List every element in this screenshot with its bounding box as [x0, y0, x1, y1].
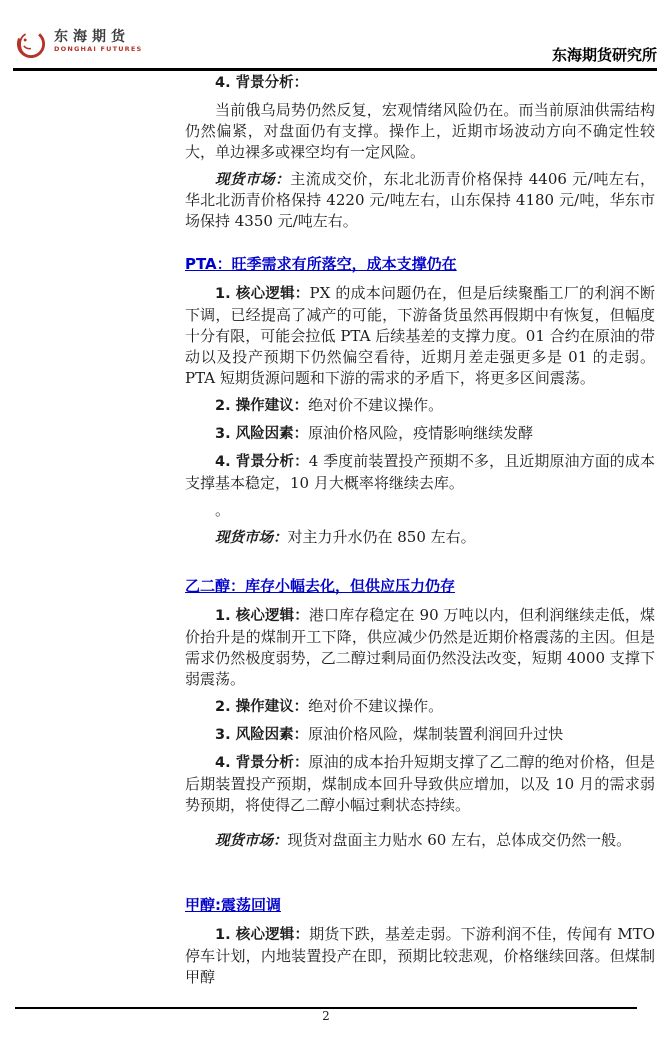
item-label: 4. 背景分析：	[215, 454, 309, 470]
intro-spot-market-paragraph: 现货市场：主流成交价，东北北沥青价格保持 4406 元/吨左右，华北北沥青价格保…	[185, 169, 655, 232]
pta-spot-market-paragraph: 现货市场：对主力升水仍在 850 左右。	[185, 527, 655, 548]
item-text: 绝对价不建议操作。	[308, 697, 443, 715]
item-text: 原油价格风险，疫情影响继续发酵	[308, 424, 533, 442]
intro-background-label: 4. 背景分析：	[185, 72, 655, 94]
pta-spot-market-label: 现货市场：	[215, 529, 288, 546]
item-label: 1. 核心逻辑：	[215, 286, 310, 302]
intro-spot-market-label: 现货市场：	[215, 171, 290, 188]
intro-background-label-text: 4. 背景分析：	[215, 75, 308, 91]
meg-background-item: 4. 背景分析：原油的成本抬升短期支撑了乙二醇的绝对价格，但是后期装置投产预期，…	[185, 752, 655, 816]
methanol-core-logic-item: 1. 核心逻辑：期货下跌，基差走弱。下游利润不佳，传闻有 MTO 停车计划，内地…	[185, 924, 655, 988]
section-title-methanol: 甲醇:震荡回调	[185, 895, 655, 916]
pta-core-logic-item: 1. 核心逻辑：PX 的成本问题仍在，但是后续聚酯工厂的利润不断下调，已经提高了…	[185, 283, 655, 389]
item-label: 2. 操作建议：	[215, 398, 308, 414]
meg-spot-market-label: 现货市场：	[215, 832, 288, 849]
item-text: 绝对价不建议操作。	[308, 396, 443, 414]
section-title-meg: 乙二醇：库存小幅去化，但供应压力仍存	[185, 576, 655, 597]
pta-stray-punctuation: 。	[185, 500, 655, 521]
item-label: 2. 操作建议：	[215, 699, 308, 715]
section-title-pta: PTA：旺季需求有所落空，成本支撑仍在	[185, 254, 655, 275]
page-header: 东海期货 DONGHAI FUTURES 东海期货研究所	[13, 26, 657, 71]
pta-spot-market-text: 对主力升水仍在 850 左右。	[288, 528, 476, 546]
logo-text: 东海期货 DONGHAI FUTURES	[54, 26, 142, 54]
item-label: 1. 核心逻辑：	[215, 608, 309, 624]
meg-risk-factor-item: 3. 风险因素：原油价格风险，煤制装置利润回升过快	[185, 724, 655, 746]
item-label: 3. 风险因素：	[215, 727, 308, 743]
item-text: 原油价格风险，煤制装置利润回升过快	[308, 725, 563, 743]
item-label: 3. 风险因素：	[215, 426, 308, 442]
dragon-circle-icon	[13, 26, 49, 62]
pta-operation-advice-item: 2. 操作建议：绝对价不建议操作。	[185, 395, 655, 417]
institute-name: 东海期货研究所	[552, 44, 657, 68]
meg-operation-advice-item: 2. 操作建议：绝对价不建议操作。	[185, 696, 655, 718]
pta-risk-factor-item: 3. 风险因素：原油价格风险，疫情影响继续发酵	[185, 423, 655, 445]
item-label: 1. 核心逻辑：	[215, 927, 309, 943]
brand-name-en: DONGHAI FUTURES	[54, 45, 142, 54]
meg-spot-market-text: 现货对盘面主力贴水 60 左右，总体成交仍然一般。	[288, 831, 632, 849]
intro-background-paragraph: 当前俄乌局势仍然反复，宏观情绪风险仍在。而当前原油供需结构仍然偏紧，对盘面仍有支…	[185, 100, 655, 163]
document-page: 东海期货 DONGHAI FUTURES 东海期货研究所 4. 背景分析： 当前…	[0, 0, 670, 1061]
brand-name-cn: 东海期货	[54, 29, 142, 45]
company-logo: 东海期货 DONGHAI FUTURES	[13, 26, 142, 62]
meg-core-logic-item: 1. 核心逻辑：港口库存稳定在 90 万吨以内，但利润继续走低，煤价抬升是的煤制…	[185, 605, 655, 690]
document-body: 4. 背景分析： 当前俄乌局势仍然反复，宏观情绪风险仍在。而当前原油供需结构仍然…	[185, 72, 655, 994]
meg-spot-market-paragraph: 现货市场：现货对盘面主力贴水 60 左右，总体成交仍然一般。	[185, 830, 655, 851]
pta-background-item: 4. 背景分析：4 季度前装置投产预期不多，且近期原油方面的成本支撑基本稳定，1…	[185, 451, 655, 494]
page-number: 2	[15, 1009, 637, 1023]
item-label: 4. 背景分析：	[215, 755, 309, 771]
